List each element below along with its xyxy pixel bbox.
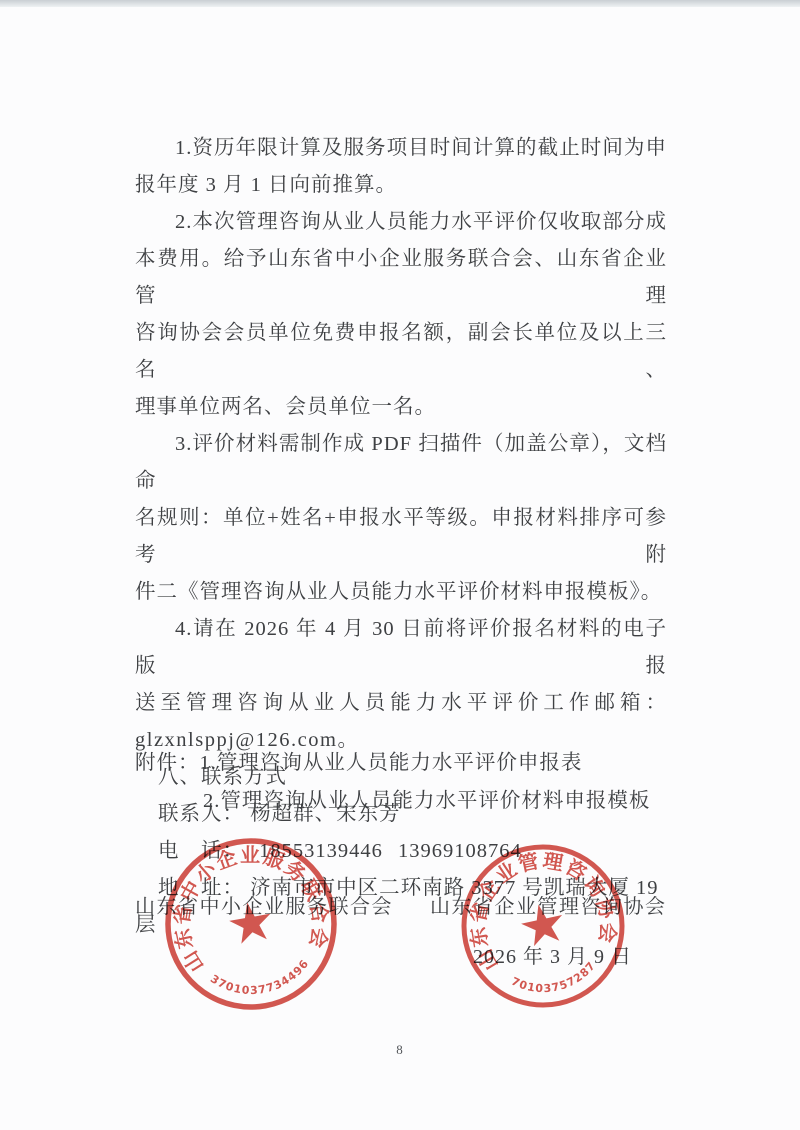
signature-org-right: 山东省企业管理咨询协会 — [430, 894, 667, 920]
attachment-line: 附件：1.管理咨询从业人员能力水平评价申报表 — [135, 744, 695, 782]
doc-line: 3.评价材料需制作成 PDF 扫描件（加盖公章），文档命 — [135, 426, 667, 500]
doc-line: 报年度 3 月 1 日向前推算。 — [135, 167, 667, 204]
attachments-block: 附件：1.管理咨询从业人员能力水平评价申报表 2.管理咨询从业人员能力水平评价材… — [135, 744, 695, 820]
page-number: 8 — [0, 1042, 800, 1058]
doc-line: 送至管理咨询从业人员能力水平评价工作邮箱： — [135, 685, 667, 722]
signature-org-left: 山东省中小企业服务联合会 — [135, 894, 393, 920]
body-text-block: 1.资历年限计算及服务项目时间计算的截止时间为申 报年度 3 月 1 日向前推算… — [135, 130, 667, 944]
doc-line: 本费用。给予山东省中小企业服务联合会、山东省企业管理 — [135, 241, 667, 315]
doc-line: 咨询协会会员单位免费申报名额，副会长单位及以上三名、 — [135, 315, 667, 389]
scan-edge — [0, 0, 800, 7]
seal-serial: 3701037734496 — [206, 955, 315, 1005]
phone-line: 电 话： 18553139446 13969108764 — [135, 833, 667, 870]
doc-line: 1.资历年限计算及服务项目时间计算的截止时间为申 — [135, 130, 667, 167]
doc-line: 件二《管理咨询从业人员能力水平评价材料申报模板》。 — [135, 574, 667, 611]
doc-line: 名规则：单位+姓名+申报水平等级。申报材料排序可参考附 — [135, 500, 667, 574]
attachment-line: 2.管理咨询从业人员能力水平评价材料申报模板 — [135, 782, 695, 820]
doc-line: 4.请在 2026 年 4 月 30 日前将评价报名材料的电子版报 — [135, 611, 667, 685]
doc-line: 理事单位两名、会员单位一名。 — [135, 389, 667, 426]
signature-date: 2026 年 3 月 9 日 — [473, 944, 632, 970]
document-page: 1.资历年限计算及服务项目时间计算的截止时间为申 报年度 3 月 1 日向前推算… — [0, 0, 800, 1130]
doc-line: 2.本次管理咨询从业人员能力水平评价仅收取部分成 — [135, 204, 667, 241]
svg-text:3701037734496: 3701037734496 — [206, 955, 315, 1005]
